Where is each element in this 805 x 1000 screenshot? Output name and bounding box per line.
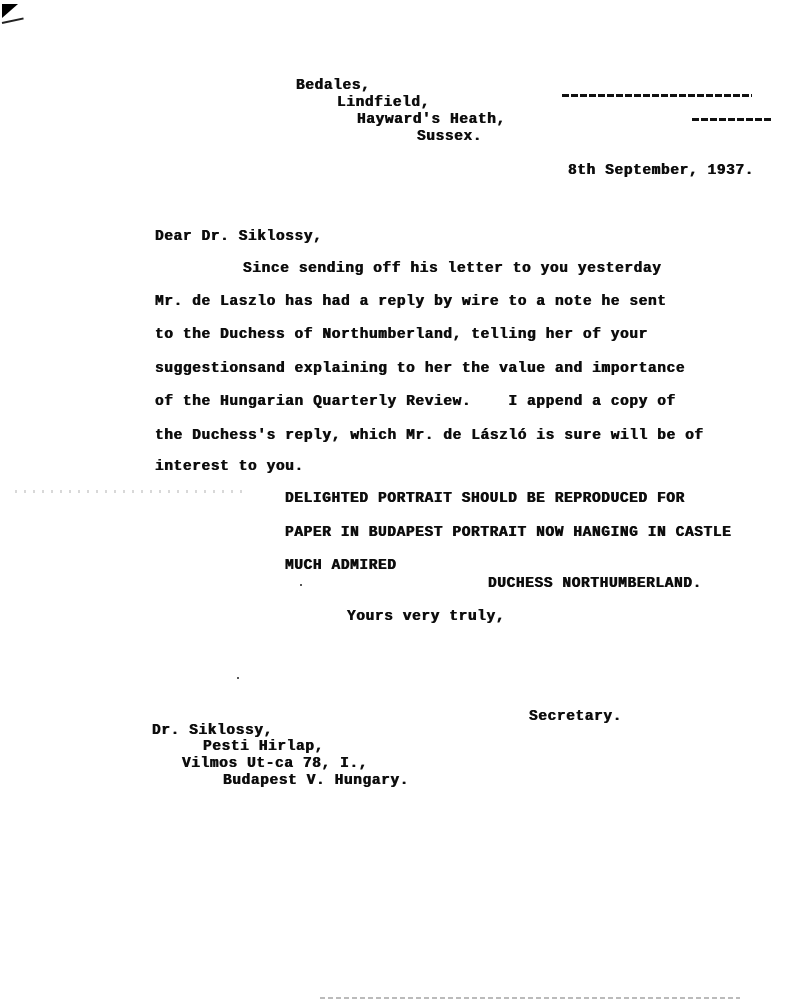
recipient-line: Vilmos Ut-ca 78, I., — [182, 757, 368, 772]
telegram-signature: DUCHESS NORTHUMBERLAND. — [488, 577, 702, 592]
address-line: Sussex. — [417, 130, 482, 145]
address-line: Lindfield, — [337, 96, 430, 111]
recipient-line: Budapest V. Hungary. — [223, 774, 409, 789]
recipient-line: Dr. Siklossy, — [152, 724, 273, 739]
strikeout-line — [692, 118, 772, 121]
salutation: Dear Dr. Siklossy, — [155, 230, 322, 245]
scan-bottom-edge — [320, 997, 740, 999]
body-line: Since sending off his letter to you yest… — [243, 262, 662, 277]
address-line: Bedales, — [296, 79, 370, 94]
body-line: Mr. de Laszlo has had a reply by wire to… — [155, 295, 667, 310]
telegram-line: MUCH ADMIRED — [285, 559, 397, 574]
scan-smudge — [15, 490, 245, 493]
letter-date: 8th September, 1937. — [568, 164, 754, 179]
speck — [300, 584, 302, 586]
strikeout-line — [562, 94, 752, 97]
telegram-line: DELIGHTED PORTRAIT SHOULD BE REPRODUCED … — [285, 492, 685, 507]
corner-stroke — [2, 17, 24, 24]
body-line: interest to you. — [155, 460, 304, 475]
corner-mark-icon — [2, 4, 18, 18]
signer-title: Secretary. — [529, 710, 622, 725]
speck — [237, 677, 239, 679]
body-line: to the Duchess of Northumberland, tellin… — [155, 328, 648, 343]
telegram-line: PAPER IN BUDAPEST PORTRAIT NOW HANGING I… — [285, 526, 731, 541]
body-line: the Duchess's reply, which Mr. de László… — [155, 429, 704, 444]
letter-page: Bedales, Lindfield, Hayward's Heath, Sus… — [0, 0, 805, 1000]
body-line: suggestionsand explaining to her the val… — [155, 362, 685, 377]
body-line: of the Hungarian Quarterly Review. I app… — [155, 395, 676, 410]
closing: Yours very truly, — [347, 610, 505, 625]
recipient-line: Pesti Hirlap, — [203, 740, 324, 755]
address-line: Hayward's Heath, — [357, 113, 506, 128]
